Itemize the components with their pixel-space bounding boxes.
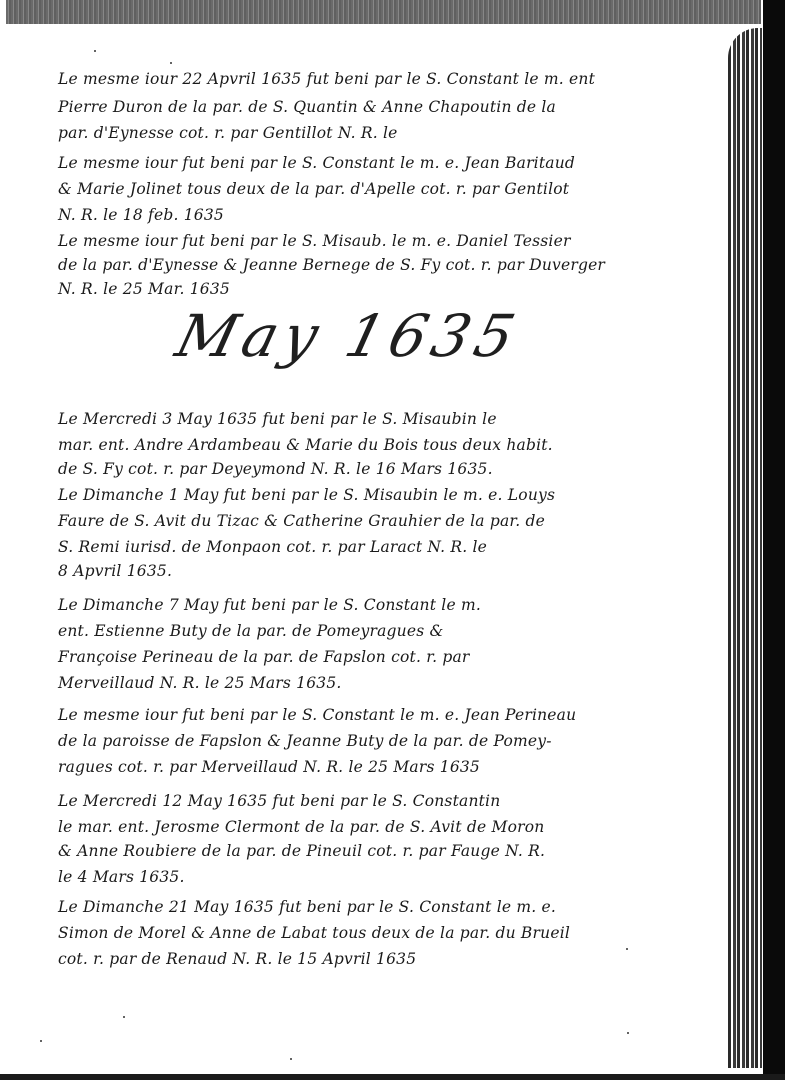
scan-speck xyxy=(627,1032,629,1034)
entry-1-line-1: Le mesme iour 22 Apvril 1635 fut beni pa… xyxy=(58,70,595,88)
entry-8-line-3: & Anne Roubiere de la par. de Pineuil co… xyxy=(58,842,545,860)
entry-6-line-3: Françoise Perineau de la par. de Fapslon… xyxy=(58,648,470,666)
book-binding-edge xyxy=(728,28,762,1068)
entry-2-line-3: N. R. le 18 feb. 1635 xyxy=(58,206,224,224)
entry-4-line-3: de S. Fy cot. r. par Deyeymond N. R. le … xyxy=(58,460,493,478)
entry-2-line-2: & Marie Jolinet tous deux de la par. d'A… xyxy=(58,180,569,198)
month-heading: May 1635 xyxy=(170,302,528,370)
entry-1-line-2: Pierre Duron de la par. de S. Quantin & … xyxy=(58,98,556,116)
scan-speck xyxy=(170,62,172,64)
entry-7-line-3: ragues cot. r. par Merveillaud N. R. le … xyxy=(58,758,480,776)
scan-speck xyxy=(290,1058,292,1060)
entry-7-line-2: de la paroisse de Fapslon & Jeanne Buty … xyxy=(58,732,552,750)
entry-6-line-2: ent. Estienne Buty de la par. de Pomeyra… xyxy=(58,622,443,640)
scan-bottom-border xyxy=(0,1074,785,1080)
entry-8-line-1: Le Mercredi 12 May 1635 fut beni par le … xyxy=(58,792,500,810)
scan-speck xyxy=(123,1016,125,1018)
entry-7-line-1: Le mesme iour fut beni par le S. Constan… xyxy=(58,706,576,724)
entry-8-line-2: le mar. ent. Jerosme Clermont de la par.… xyxy=(58,818,544,836)
entry-5-line-4: 8 Apvril 1635. xyxy=(58,562,172,580)
entry-4-line-1: Le Mercredi 3 May 1635 fut beni par le S… xyxy=(58,410,497,428)
entry-3-line-1: Le mesme iour fut beni par le S. Misaub.… xyxy=(58,232,571,250)
entry-6-line-4: Merveillaud N. R. le 25 Mars 1635. xyxy=(58,674,342,692)
entry-3-line-2: de la par. d'Eynesse & Jeanne Bernege de… xyxy=(58,256,605,274)
scan-speck xyxy=(626,948,628,950)
entry-3-line-3: N. R. le 25 Mar. 1635 xyxy=(58,280,230,298)
entry-1-line-3: par. d'Eynesse cot. r. par Gentillot N. … xyxy=(58,124,398,142)
scan-speck xyxy=(94,50,96,52)
entry-5-line-2: Faure de S. Avit du Tizac & Catherine Gr… xyxy=(58,512,545,530)
entry-2-line-1: Le mesme iour fut beni par le S. Constan… xyxy=(58,154,575,172)
scan-right-border xyxy=(763,0,785,1080)
entry-9-line-3: cot. r. par de Renaud N. R. le 15 Apvril… xyxy=(58,950,416,968)
entry-4-line-2: mar. ent. Andre Ardambeau & Marie du Boi… xyxy=(58,436,553,454)
entry-6-line-1: Le Dimanche 7 May fut beni par le S. Con… xyxy=(58,596,481,614)
entry-9-line-1: Le Dimanche 21 May 1635 fut beni par le … xyxy=(58,898,556,916)
entry-9-line-2: Simon de Morel & Anne de Labat tous deux… xyxy=(58,924,570,942)
scan-speck xyxy=(40,1040,42,1042)
scan-top-edge xyxy=(6,0,761,24)
entry-8-line-4: le 4 Mars 1635. xyxy=(58,868,185,886)
entry-5-line-3: S. Remi iurisd. de Monpaon cot. r. par L… xyxy=(58,538,487,556)
entry-5-line-1: Le Dimanche 1 May fut beni par le S. Mis… xyxy=(58,486,555,504)
